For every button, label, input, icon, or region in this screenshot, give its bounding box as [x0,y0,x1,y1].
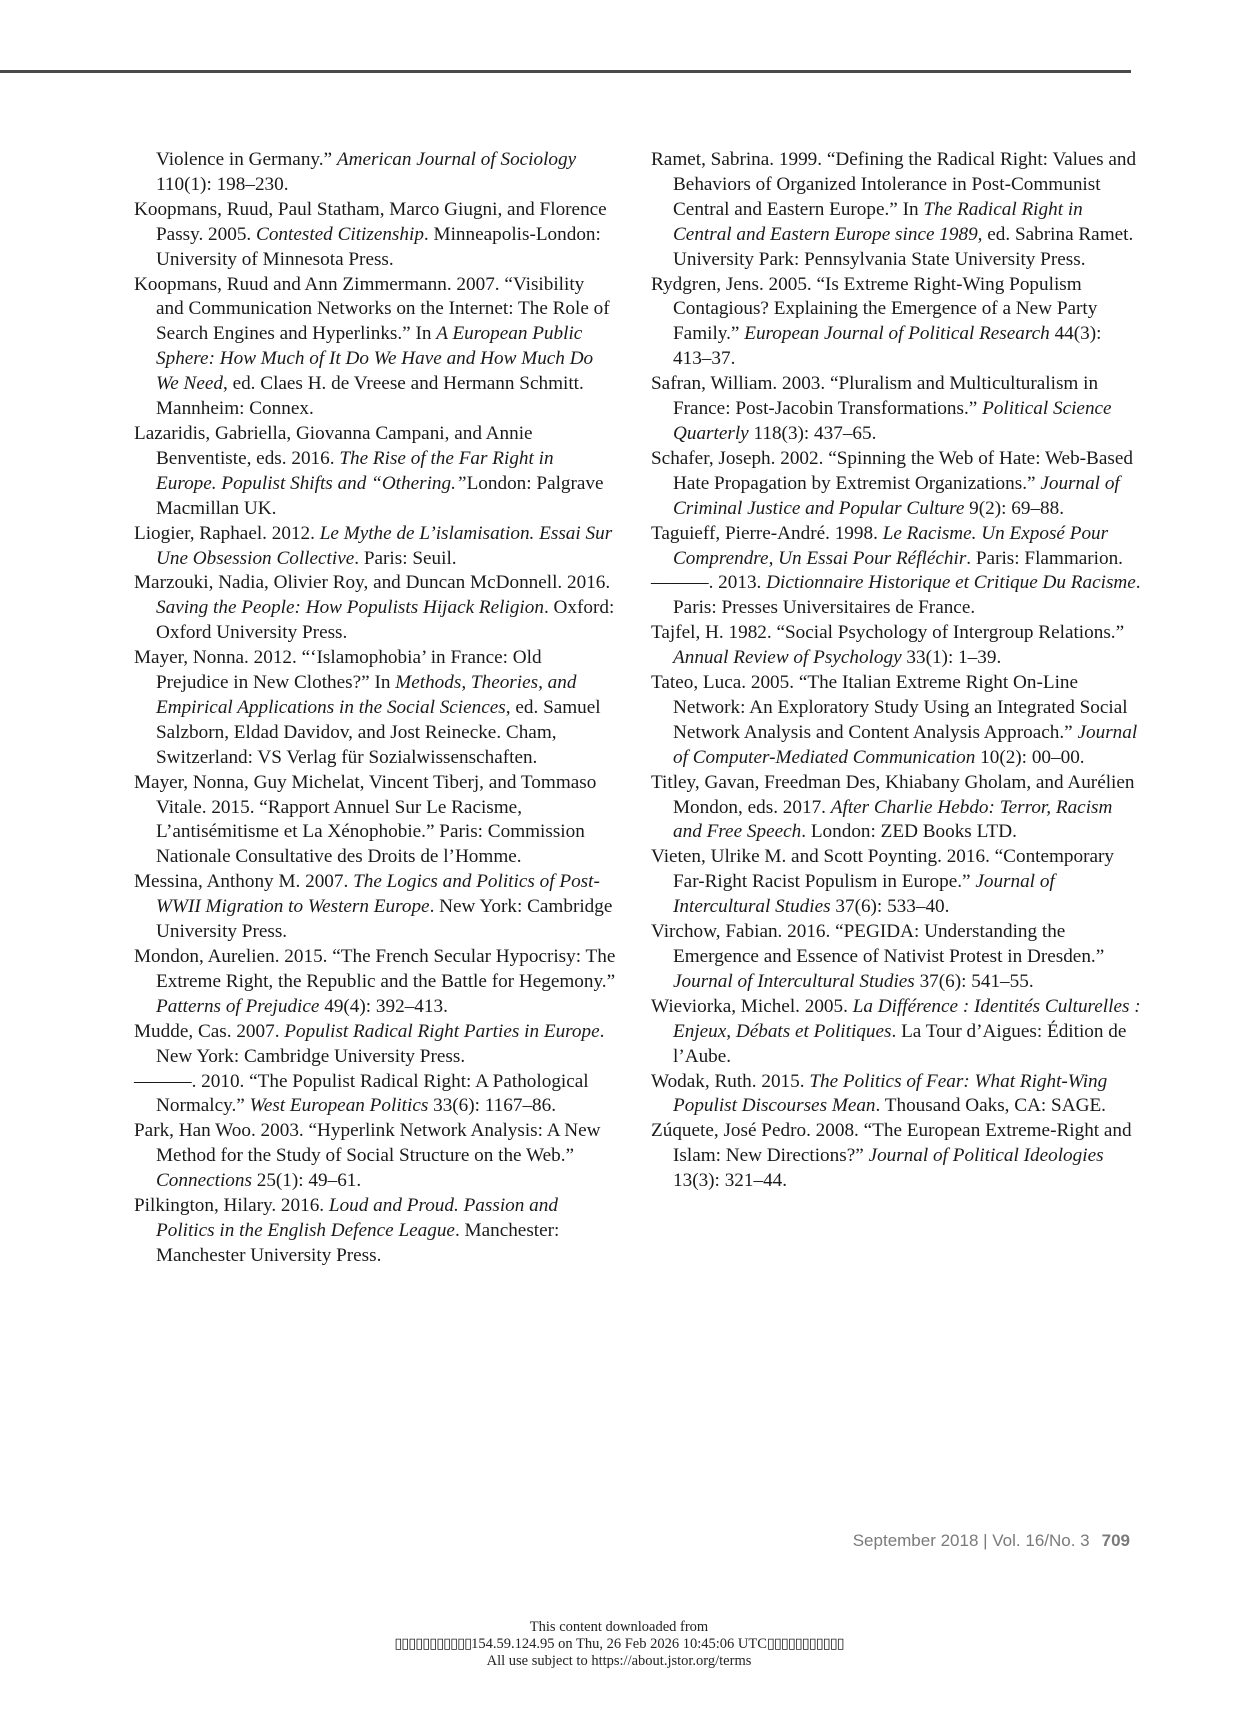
reference-text: 10(2): 00–00. [975,747,1084,768]
reference-entry: Messina, Anthony M. 2007. The Logics and… [134,870,616,945]
jstor-download-notice: This content downloaded from ▯▯▯▯▯▯▯▯▯▯▯… [0,1619,1238,1670]
reference-entry: Mayer, Nonna. 2012. “‘Islamophobia’ in F… [134,646,616,771]
reference-title: West European Politics [250,1095,429,1116]
reference-entry: Park, Han Woo. 2003. “Hyperlink Network … [134,1119,616,1194]
reference-entry: Wieviorka, Michel. 2005. La Différence :… [651,995,1143,1070]
reference-title: Connections [156,1170,252,1191]
reference-entry: Taguieff, Pierre-André. 1998. Le Racisme… [651,522,1143,572]
reference-entry: Safran, William. 2003. “Pluralism and Mu… [651,372,1143,447]
reference-entry: Pilkington, Hilary. 2016. Loud and Proud… [134,1194,616,1269]
reference-text: Park, Han Woo. 2003. “Hyperlink Network … [134,1120,601,1166]
reference-title: Populist Radical Right Parties in Europe [284,1021,599,1042]
header-rule [0,70,1131,73]
reference-text: 25(1): 49–61. [252,1170,361,1191]
reference-text: 110(1): 198–230. [156,174,289,195]
reference-entry: Titley, Gavan, Freedman Des, Khiabany Gh… [651,771,1143,846]
redaction-bars-right: ▯▯▯▯▯▯▯▯▯▯▯ [767,1636,844,1652]
reference-text: Violence in Germany.” [156,149,337,170]
reference-title: Saving the People: How Populists Hijack … [156,597,544,618]
reference-title: Dictionnaire Historique et Critique Du R… [766,572,1136,593]
reference-entry: Mondon, Aurelien. 2015. “The French Secu… [134,945,616,1020]
reference-entry: Koopmans, Ruud and Ann Zimmermann. 2007.… [134,273,616,422]
reference-entry: ———. 2013. Dictionnaire Historique et Cr… [651,571,1143,621]
reference-text: ———. 2013. [651,572,766,593]
reference-entry: Tateo, Luca. 2005. “The Italian Extreme … [651,671,1143,771]
download-line: This content downloaded from [0,1619,1238,1636]
reference-text: 37(6): 541–55. [915,971,1034,992]
reference-text: 37(6): 533–40. [831,896,950,917]
reference-entry: Virchow, Fabian. 2016. “PEGIDA: Understa… [651,920,1143,995]
redaction-bars-left: ▯▯▯▯▯▯▯▯▯▯▯ [394,1636,471,1652]
reference-text: Wieviorka, Michel. 2005. [651,996,853,1017]
page-number: 709 [1102,1531,1130,1550]
reference-entry: Vieten, Ulrike M. and Scott Poynting. 20… [651,845,1143,920]
reference-entry: Tajfel, H. 1982. “Social Psychology of I… [651,621,1143,671]
reference-text: 33(6): 1167–86. [428,1095,556,1116]
reference-entry: Zúquete, José Pedro. 2008. “The European… [651,1119,1143,1194]
terms-line: All use subject to https://about.jstor.o… [0,1653,1238,1670]
reference-text: Mondon, Aurelien. 2015. “The French Secu… [134,946,615,992]
reference-text: Mayer, Nonna, Guy Michelat, Vincent Tibe… [134,772,596,868]
reference-entry: Liogier, Raphael. 2012. Le Mythe de L’is… [134,522,616,572]
reference-text: Marzouki, Nadia, Olivier Roy, and Duncan… [134,572,610,593]
reference-entry: Violence in Germany.” American Journal o… [134,148,616,198]
reference-text: 9(2): 69–88. [964,498,1064,519]
reference-title: Journal of Intercultural Studies [673,971,915,992]
reference-text: Taguieff, Pierre-André. 1998. [651,523,883,544]
reference-text: Mudde, Cas. 2007. [134,1021,284,1042]
reference-text: Tateo, Luca. 2005. “The Italian Extreme … [651,672,1128,743]
reference-text: Tajfel, H. 1982. “Social Psychology of I… [651,622,1124,643]
reference-entry: Ramet, Sabrina. 1999. “Defining the Radi… [651,148,1143,273]
ip-timestamp-line: ▯▯▯▯▯▯▯▯▯▯▯154.59.124.95 on Thu, 26 Feb … [0,1636,1238,1653]
reference-title: Contested Citizenship [256,224,424,245]
reference-text: . Thousand Oaks, CA: SAGE. [876,1095,1106,1116]
reference-text: . Paris: Flammarion. [966,548,1123,569]
reference-title: European Journal of Political Research [744,323,1050,344]
reference-text: Liogier, Raphael. 2012. [134,523,320,544]
reference-text: 33(1): 1–39. [902,647,1002,668]
reference-text: . Paris: Seuil. [354,548,456,569]
reference-title: Patterns of Prejudice [156,996,319,1017]
reference-entry: Mudde, Cas. 2007. Populist Radical Right… [134,1020,616,1070]
reference-entry: Wodak, Ruth. 2015. The Politics of Fear:… [651,1070,1143,1120]
reference-text: Messina, Anthony M. 2007. [134,871,353,892]
reference-text: 13(3): 321–44. [673,1170,787,1191]
reference-title: Journal of Political Ideologies [869,1145,1104,1166]
reference-title: American Journal of Sociology [337,149,576,170]
reference-text: . London: ZED Books LTD. [801,821,1017,842]
reference-entry: Lazaridis, Gabriella, Giovanna Campani, … [134,422,616,522]
reference-title: Annual Review of Psychology [673,647,902,668]
reference-entry: Koopmans, Ruud, Paul Statham, Marco Giug… [134,198,616,273]
running-footer: September 2018 | Vol. 16/No. 3709 [800,1531,1130,1551]
reference-entry: Schafer, Joseph. 2002. “Spinning the Web… [651,447,1143,522]
reference-text: Virchow, Fabian. 2016. “PEGIDA: Understa… [651,921,1104,967]
reference-entry: Marzouki, Nadia, Olivier Roy, and Duncan… [134,571,616,646]
reference-text: 118(3): 437–65. [749,423,877,444]
ip-timestamp: 154.59.124.95 on Thu, 26 Feb 2026 10:45:… [471,1636,767,1652]
references-left-column: Violence in Germany.” American Journal o… [134,148,616,1269]
references-right-column: Ramet, Sabrina. 1999. “Defining the Radi… [651,148,1143,1194]
reference-entry: ———. 2010. “The Populist Radical Right: … [134,1070,616,1120]
reference-entry: Rydgren, Jens. 2005. “Is Extreme Right-W… [651,273,1143,373]
journal-issue-info: September 2018 | Vol. 16/No. 3 [853,1531,1090,1550]
reference-text: Wodak, Ruth. 2015. [651,1071,809,1092]
reference-text: 49(4): 392–413. [319,996,447,1017]
reference-entry: Mayer, Nonna, Guy Michelat, Vincent Tibe… [134,771,616,871]
reference-text: Pilkington, Hilary. 2016. [134,1195,329,1216]
